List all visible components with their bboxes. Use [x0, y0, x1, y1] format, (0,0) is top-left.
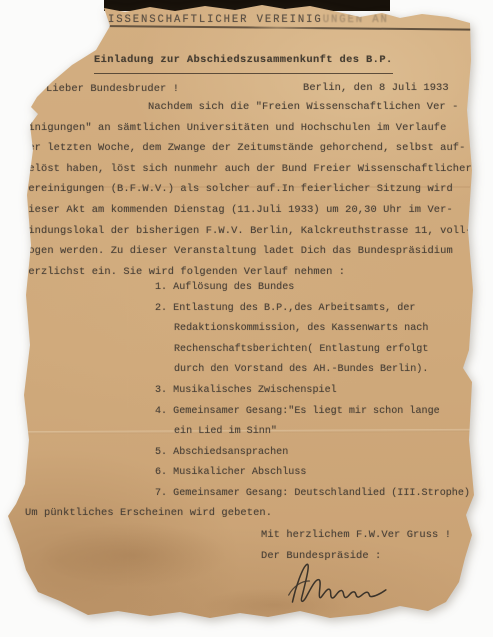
- agenda-item: 7. Gemeinsamer Gesang: Deutschlandlied (…: [155, 484, 470, 505]
- signature-handwriting: [280, 556, 392, 606]
- letterhead-text: ISSENSCHAFTLICHER VEREINIG: [108, 14, 323, 26]
- paper-shadow: ISSENSCHAFTLICHER VEREINIGUNGEN AN Einla…: [0, 0, 493, 637]
- letter-body: Nachdem sich die "Freien Wissenschaftlic…: [22, 97, 478, 282]
- letter-title: Einladung zur Abschiedszusammenkunft des…: [94, 50, 393, 74]
- closing-note: Um pünktliches Erscheinen wird gebeten.: [25, 503, 272, 524]
- agenda-item: 5. Abschiedsansprachen: [155, 443, 470, 464]
- letter-paper: ISSENSCHAFTLICHER VEREINIGUNGEN AN Einla…: [0, 0, 493, 637]
- paper-stain: [38, 522, 228, 588]
- dateline: Berlin, den 8 Juli 1933: [303, 78, 449, 99]
- scan-background: ISSENSCHAFTLICHER VEREINIGUNGEN AN Einla…: [0, 0, 493, 637]
- agenda-list: 1. Auflösung des Bundes 2. Entlastung de…: [155, 278, 470, 505]
- agenda-item: 2. Entlastung des B.P.,des Arbeitsamts, …: [155, 299, 470, 381]
- agenda-item: 3. Musikalisches Zwischenspiel: [155, 381, 470, 402]
- letterhead-text-faded: UNGEN AN: [323, 14, 389, 26]
- agenda-item: 4. Gemeinsamer Gesang:"Es liegt mir scho…: [155, 402, 470, 443]
- agenda-item: 6. Musikalicher Abschluss: [155, 463, 470, 484]
- agenda-item: 1. Auflösung des Bundes: [155, 278, 470, 299]
- regards-line: Mit herzlichem F.W.Ver Gruss !: [261, 525, 451, 546]
- signature-icon: [280, 556, 392, 606]
